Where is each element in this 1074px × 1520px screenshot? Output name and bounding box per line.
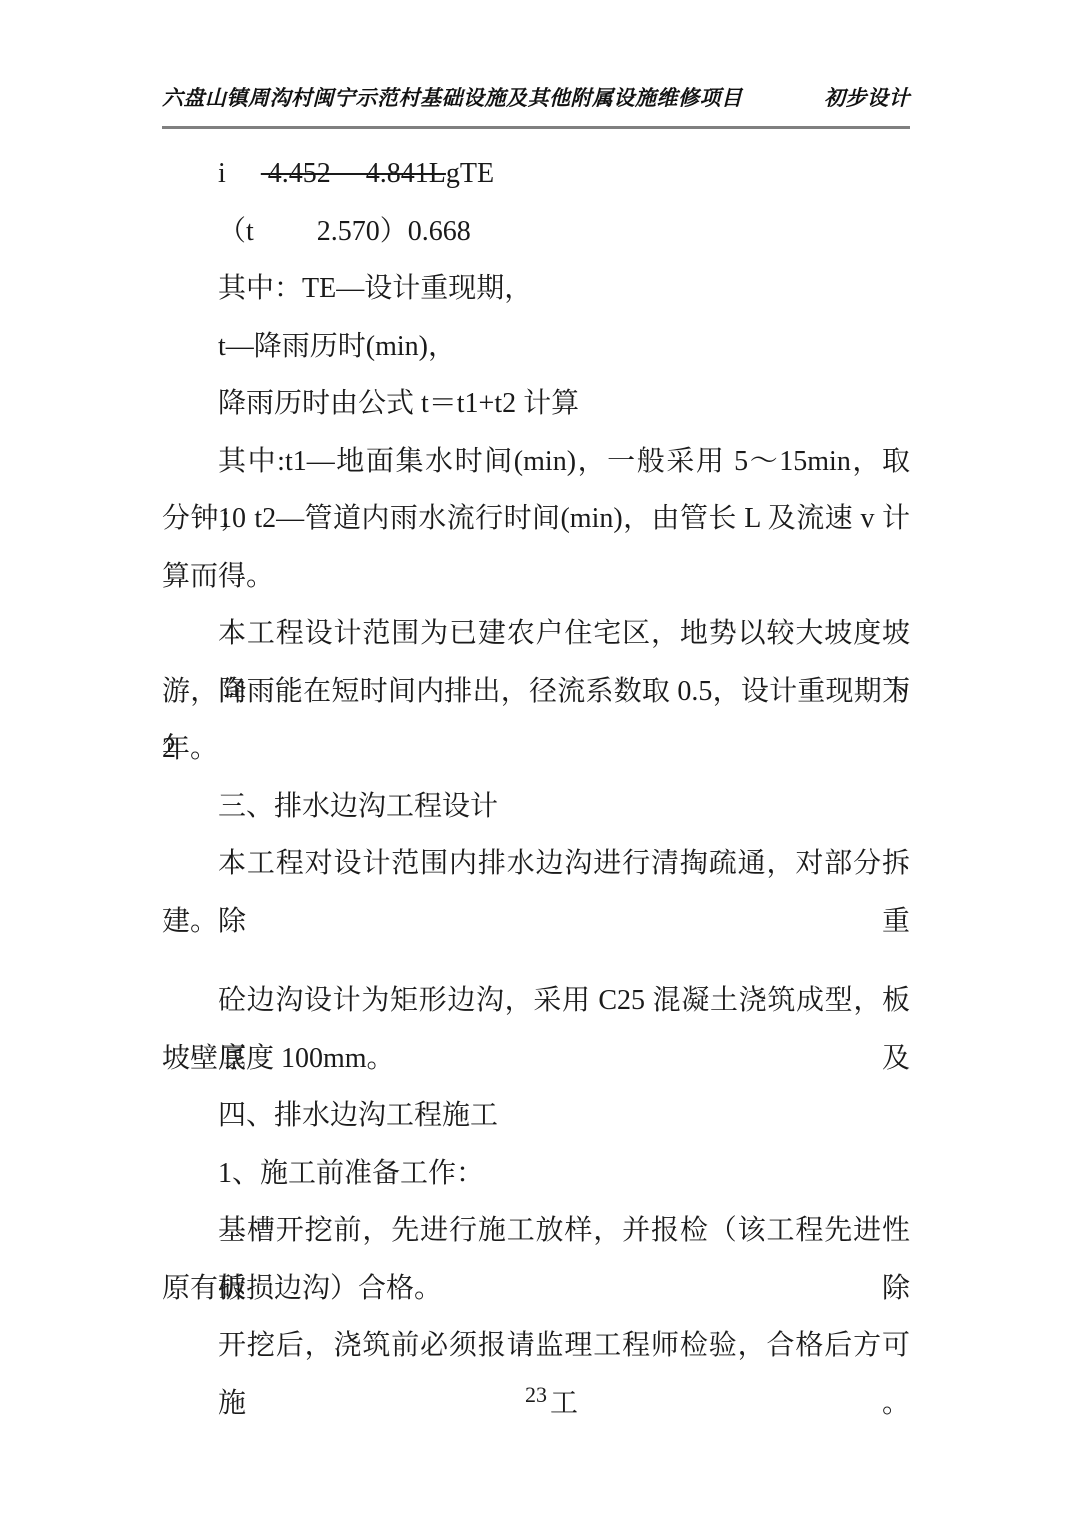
text-line: 年。 [162,720,910,778]
text-line: t—降雨历时(min)， [162,318,910,376]
text-line: 砼边沟设计为矩形边沟，采用 C25 混凝土浇筑成型，板底及 [162,972,910,1030]
text-line: 算而得。 [162,548,910,606]
page-header: 六盘山镇周沟村闽宁示范村基础设施及其他附属设施维修项目 初步设计 [162,0,910,129]
text-line: 游，降雨能在短时间内排出，径流系数取 0.5，设计重现期为 2 [162,663,910,721]
header-stage-label: 初步设计 [824,82,910,112]
text-line: （t 2.570）0.668 [162,203,910,261]
document-body: i 4.452 4.841LgTE（t 2.570）0.668其中：TE—设计重… [162,145,910,1375]
text-line: 基槽开挖前，先进行施工放样，并报检（该工程先进性拆除 [162,1202,910,1260]
header-row: 六盘山镇周沟村闽宁示范村基础设施及其他附属设施维修项目 初步设计 [162,82,910,129]
text-line: 其中：TE—设计重现期， [162,260,910,318]
text-line: 其中:t1—地面集水时间(min)，一般采用 5～15min，取 10 [162,433,910,491]
formula-text [226,158,261,189]
text-line: 1、施工前准备工作： [162,1145,910,1203]
document-page: 六盘山镇周沟村闽宁示范村基础设施及其他附属设施维修项目 初步设计 i 4.452… [0,0,1074,1520]
text-line: 分钟； t2—管道内雨水流行时间(min)，由管长 L 及流速 v 计 [162,490,910,548]
text-line: 本工程设计范围为已建农户住宅区，地势以较大坡度坡向下 [162,605,910,663]
formula-struck-text: 4.452 4.841L [261,158,446,189]
text-line: 四、排水边沟工程施工 [162,1087,910,1145]
text-line: 开挖后，浇筑前必须报请监理工程师检验，合格后方可施工。 [162,1317,910,1375]
formula-text: i [218,158,226,189]
text-line: i 4.452 4.841LgTE [162,145,910,203]
text-line: 本工程对设计范围内排水边沟进行清掏疏通，对部分拆除重 [162,835,910,893]
header-project-title: 六盘山镇周沟村闽宁示范村基础设施及其他附属设施维修项目 [162,82,743,112]
text-line: 三、排水边沟工程设计 [162,778,910,836]
text-line: 降雨历时由公式 t＝t1+t2 计算 [162,375,910,433]
formula-text: gTE [446,158,494,189]
